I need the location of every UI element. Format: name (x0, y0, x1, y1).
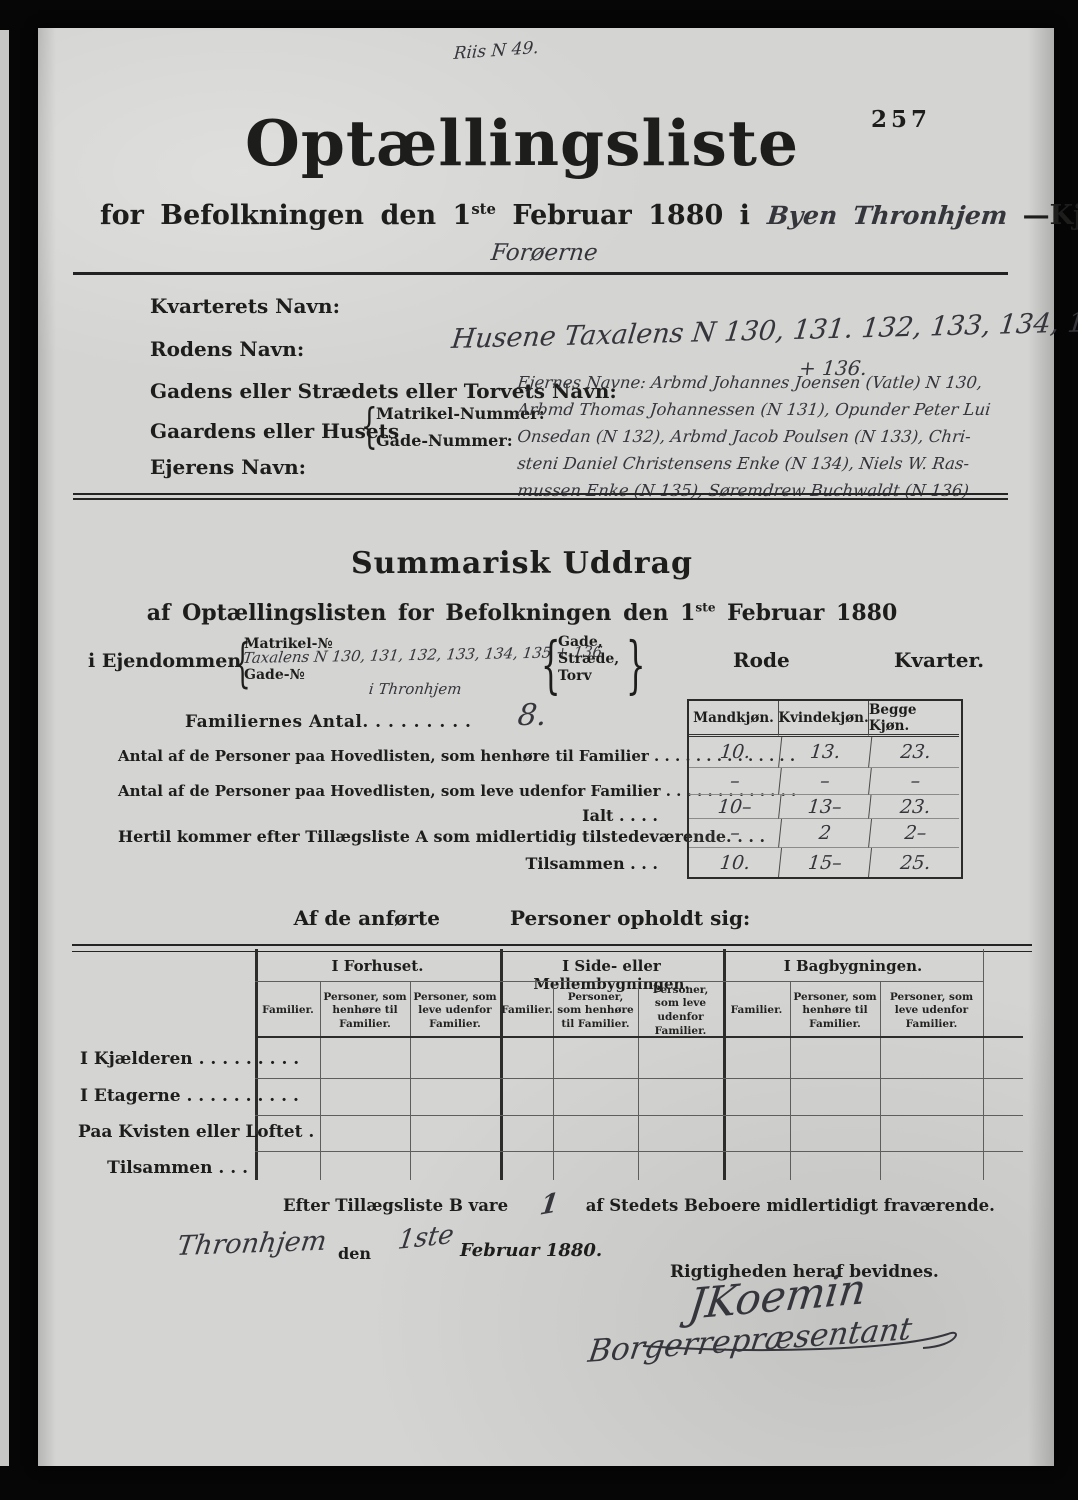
subtitle-handwritten-below: Forøerne (443, 240, 646, 266)
cell-value: 13– (779, 795, 872, 819)
gade-brace-close: } (626, 628, 646, 701)
group-header-bagbygningen: I Bagbygningen. (723, 957, 983, 975)
subtitle-printed-pre: for Befolkningen den 1 (100, 200, 471, 231)
subtitle-printed-suffix: —Kjøbstad. (1023, 200, 1078, 231)
column-header-mandkjoen: Mandkjøn. (689, 701, 779, 737)
occupancy-heading-left: Af de anførte (294, 906, 440, 930)
owners-handwritten-line: steni Daniel Christensens Enke (N 134), … (516, 450, 1049, 477)
occupancy-row-line (255, 1151, 1023, 1152)
summary-counts-table: Mandkjøn. Kvindekjøn. Begge Kjøn. 10. 13… (687, 699, 963, 879)
archive-note-handwritten: Riis N 49. (453, 38, 539, 64)
cell-value: 25. (869, 848, 962, 877)
familiernes-antal-label: Familiernes Antal. . . . . . . . . (185, 712, 471, 732)
group-header-forhuset: I Forhuset. (255, 957, 500, 975)
field-label-ejerens-navn: Ejerens Navn: (150, 455, 306, 479)
rodens-navn-handwritten: Husene Taxalens N 130, 131. 132, 133, 13… (450, 306, 1078, 355)
date-place-handwritten: Thronhjem (175, 1226, 329, 1262)
occupancy-heading-right: Personer opholdt sig: (510, 906, 750, 930)
subheader-henhoere: Personer, som henhøre til Familier. (322, 986, 408, 1036)
scanned-document: Riis N 49. 257 Optællingsliste for Befol… (0, 0, 1078, 1500)
occupancy-row-line (255, 1115, 1023, 1116)
subtitle-superscript: ste (471, 200, 496, 218)
occupancy-row-tilsammen: Tilsammen . . . (98, 1158, 248, 1178)
gade-no-label: Gade-№ (244, 667, 305, 683)
subheader-udenfor: Personer, som leve udenfor Familier. (412, 986, 498, 1036)
subheader-henhoere: Personer, som henhøre til Familier. (792, 986, 878, 1036)
header-divider-rule (73, 272, 1008, 275)
subheader-familier: Familier. (725, 986, 788, 1036)
subheader-bottom-rule (255, 1036, 1023, 1038)
date-den-label: den (338, 1244, 371, 1263)
familiernes-antal-value-handwritten: 8. (516, 698, 548, 733)
occupancy-table-top-rule (72, 944, 1032, 952)
tillaegsliste-b-line: Efter Tillægsliste B vare 1 af Stedets B… (283, 1192, 995, 1222)
row-label-ialt: Ialt . . . . (458, 806, 658, 825)
cell-value: 2– (869, 819, 962, 848)
cell-value: 10– (689, 795, 782, 819)
tillaeg-post: af Stedets Beboere midlertidigt fraværen… (586, 1196, 995, 1215)
cell-value: 10. (689, 737, 782, 768)
subheader-udenfor: Personer, som leve udenfor Familier. (640, 986, 721, 1036)
gade-option: Gade, (558, 634, 619, 651)
cell-value: 15– (779, 848, 872, 877)
row-label-tillaegsliste-a: Hertil kommer efter Tillægsliste A som m… (118, 827, 765, 846)
cell-value: – (869, 768, 962, 795)
group-underline (255, 981, 500, 982)
group-underline (723, 981, 983, 982)
ejendommen-label: i Ejendommen (88, 650, 241, 672)
subheader-familier: Familier. (502, 986, 552, 1036)
date-day-handwritten: 1ste (396, 1220, 456, 1256)
summary-subheading-post: Februar 1880 (716, 600, 898, 626)
summary-subheading-sup: ste (695, 601, 715, 615)
gade-straede-torv-stack: Gade, Stræde, Torv (558, 634, 619, 685)
occupancy-table-vline-right (983, 949, 984, 1180)
owners-handwritten-block: Ejernes Navne: Arbmd Johannes Joensen (V… (516, 369, 1046, 504)
owners-handwritten-line: Ejernes Navne: Arbmd Johannes Joensen (V… (516, 369, 1049, 396)
subheader-udenfor: Personer, som leve udenfor Familier. (882, 986, 981, 1036)
row-label-tilsammen: Tilsammen . . . (458, 854, 658, 873)
cell-value: – (689, 819, 782, 848)
section-divider-double-rule (73, 493, 1008, 500)
cell-value: – (779, 768, 872, 795)
cell-value: 23. (869, 795, 962, 819)
occupancy-row-kvisten: Paa Kvisten eller Loftet . (78, 1122, 314, 1142)
summary-heading: Summarisk Uddrag (38, 546, 1006, 581)
census-form-page: Riis N 49. 257 Optællingsliste for Befol… (38, 28, 1054, 1466)
field-label-rodens-navn: Rodens Navn: (150, 337, 304, 361)
occupancy-row-etagerne: I Etagerne . . . . . . . . . . (80, 1086, 299, 1106)
kvarter-label: Kvarter. (894, 648, 984, 672)
subtitle-printed-post: Februar 1880 i (496, 200, 750, 231)
torv-option: Torv (558, 668, 619, 685)
occupancy-row-line (255, 1078, 1023, 1079)
summary-subheading: af Optællingslisten for Befolkningen den… (38, 600, 1006, 626)
column-header-kvindekjoen: Kvindekjøn. (779, 701, 869, 737)
subtitle-line: for Befolkningen den 1ste Februar 1880 i… (100, 200, 1078, 231)
tillaeg-pre: Efter Tillægsliste (283, 1196, 443, 1215)
rode-label: Rode (733, 648, 790, 672)
occupancy-table-vline (723, 949, 726, 1180)
field-label-gade-nummer: Gade-Nummer: (376, 431, 513, 450)
book-edge-strip (0, 30, 9, 1466)
cell-value: 23. (869, 737, 962, 768)
occupancy-row-kjaelderen: I Kjælderen . . . . . . . . . (80, 1049, 299, 1069)
cell-value: 10. (689, 848, 782, 877)
subheader-henhoere: Personer, som henhøre til Familier. (555, 986, 636, 1036)
tillaeg-mid: vare (469, 1196, 508, 1215)
page-title: Optællingsliste (38, 106, 1006, 180)
cell-value: – (689, 768, 782, 795)
group-underline (500, 981, 723, 982)
subtitle-handwritten-place: Byen Thronhjem (766, 201, 1009, 230)
owners-handwritten-line: Onsedan (N 132), Arbmd Jacob Poulsen (N … (516, 423, 1049, 450)
column-header-begge-kjoen: Begge Kjøn. (869, 701, 959, 737)
tillaeg-value-handwritten: 1 (538, 1188, 560, 1222)
field-label-kvarterets-navn: Kvarterets Navn: (150, 294, 340, 318)
ejendommen-handwritten-place: i Thronhjem (368, 680, 462, 698)
cell-value: 2 (779, 819, 872, 848)
summary-subheading-pre: af Optællingslisten for Befolkningen den… (147, 600, 696, 626)
straede-option: Stræde, (558, 651, 619, 668)
date-month-year: Februar 1880. (460, 1240, 602, 1261)
owners-handwritten-line: Arbmd Thomas Johannessen (N 131), Opunde… (516, 396, 1049, 423)
subheader-familier: Familier. (257, 986, 319, 1036)
tillaeg-b: B (449, 1196, 463, 1215)
occupancy-heading: Af de anførte Personer opholdt sig: (38, 906, 1006, 930)
cell-value: 13. (779, 737, 872, 768)
